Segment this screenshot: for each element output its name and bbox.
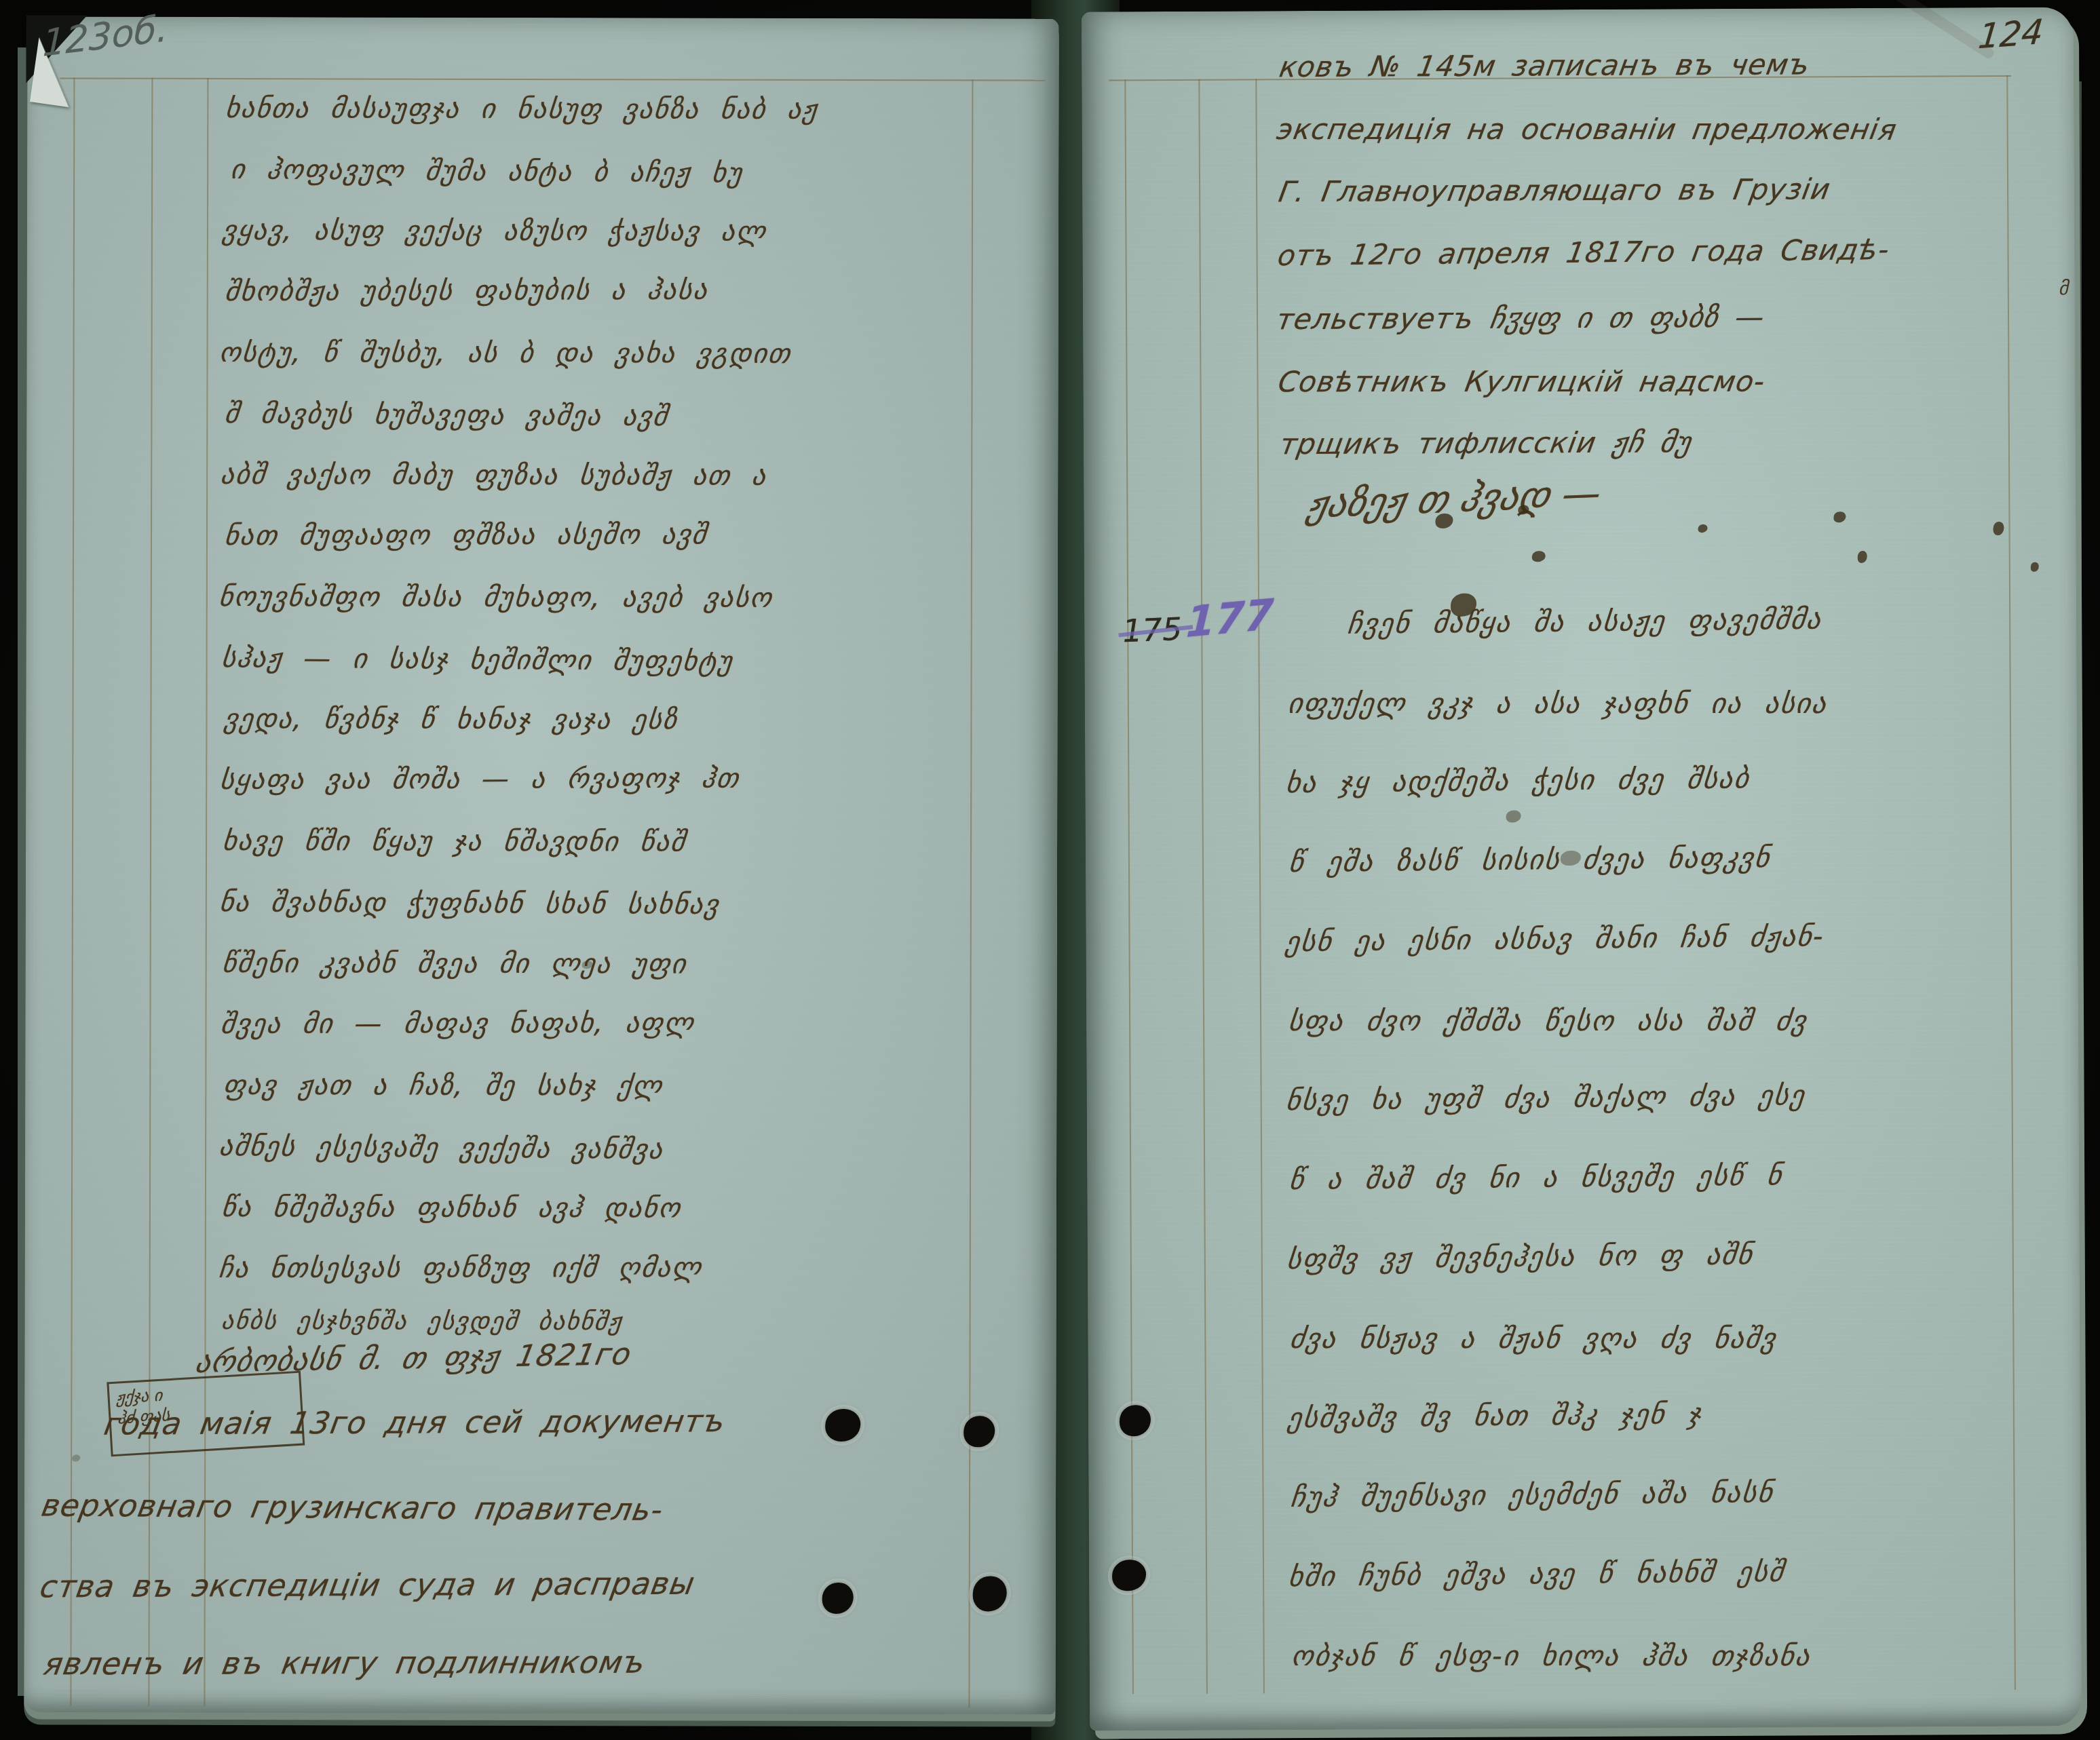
manuscript-line: წ ეშა ზასწ სისის ძვეა ნაფკვნ — [1287, 841, 1772, 878]
left-page: 123об. ხანთა მასაუფჯა ი ნასუფ ვანზა ნაბ … — [24, 16, 1058, 1714]
manuscript-line: შ მავბუს ხუშავეფა ვაშეა ავშ — [223, 398, 670, 432]
ink-blot — [1993, 522, 2004, 535]
manuscript-line: ხავე წში წყაუ ჯა ნშავდნი წაშ — [221, 826, 688, 857]
signature: ჟაზეჟ თ ჰვად — — [1303, 471, 1606, 527]
record-line: Г. Главноуправляющаго въ Грузіи — [1276, 172, 1833, 208]
record-line: трщикъ тифлисскіи ჟჩ მუ — [1278, 425, 1694, 461]
attestation-line: ства въ экспедиціи суда и расправы — [37, 1566, 698, 1605]
ruling-margin-line — [1124, 79, 1134, 1694]
manuscript-line: ობჯან წ ესფ-ი ხილა ჰშა თჯზანა — [1290, 1640, 1813, 1672]
manuscript-line: წ ა შაშ ძვ ნი ა ნსვეშე ესწ ნ — [1288, 1159, 1785, 1196]
manuscript-line: ესნ ეა ესნი ასნავ შანი ჩან ძჟან- — [1284, 920, 1827, 958]
ruling-margin-line — [204, 78, 208, 1706]
manuscript-line: ი ჰოფავულ შუმა ანტა ბ აჩეჟ ხუ — [229, 154, 745, 189]
punch-hole — [973, 1576, 1007, 1611]
manuscript-line: შხობშჟა უბესეს ფახუბის ა ჰასა — [223, 275, 710, 307]
manuscript-line: ნა შვახნად ჭუფნახნ სხან სახნავ — [218, 887, 721, 921]
record-line: ковъ № 145м записанъ въ чемъ — [1277, 47, 1812, 83]
manuscript-line: ნათ მუფააფო ფშზაა ასეშო ავშ — [223, 519, 710, 552]
ruling-margin-line — [1255, 79, 1265, 1693]
ink-blot — [2031, 562, 2039, 572]
stamp-smudge — [1870, 0, 1996, 60]
manuscript-line: აშნეს ესესვაშე ვექეშა ვანშვა — [218, 1131, 666, 1165]
manuscript-line: იფუქელ ვკჯ ა ასა ჯაფხნ ია ასია — [1286, 687, 1829, 720]
attestation-line: года маія 13го дня сей документъ — [102, 1403, 729, 1442]
manuscript-line: ოსტუ, წ შუსბუ, ას ბ და ვახა ვგდით — [218, 337, 793, 370]
record-line: отъ 12го апреля 1817го года Свидѣ- — [1276, 233, 1893, 272]
ink-blot — [1833, 511, 1846, 522]
manuscript-line: ვყავ, ასუფ ვექაც აზუსო ჭაჟსავ ალ — [221, 215, 768, 248]
manuscript-line: სფა ძვო ქშძშა წესო ასა შაშ ძვ — [1286, 1005, 1810, 1037]
manuscript-line: ვედა, წვბნჯ წ ხანაჯ ვაჯა ესზ — [223, 703, 680, 735]
record-line: тельствуетъ ჩჳყფ ი თ ფაბზ — — [1274, 301, 1768, 336]
manuscript-line: ჩა ნთსესვას ფანზუფ იქშ ღმალ — [217, 1252, 704, 1284]
manuscript-line: ხა ჯყ ადქშეშა ჭესი ძვე შსაბ — [1284, 762, 1752, 799]
manuscript-line: ხანთა მასაუფჯა ი ნასუფ ვანზა ნაბ აჟ — [224, 93, 820, 125]
manuscript-line: ესშვაშვ შვ ნათ შჰკ ჯენ ჯ — [1286, 1397, 1704, 1434]
manuscript-line: ჩუჰ შუენსავი ესემძენ აშა ნასნ — [1289, 1476, 1776, 1513]
ink-blot — [1506, 810, 1521, 822]
manuscript-line: ნსვე ხა უფშ ძვა შაქალ ძვა ესე — [1284, 1079, 1808, 1117]
attestation-line: верховнаго грузинскаго правитель- — [39, 1487, 666, 1528]
ruling-margin-line — [968, 79, 973, 1707]
manuscript-line: შვეა მი — მაფავ ნაფახ, აფლ — [219, 1007, 696, 1040]
punch-hole — [1112, 1560, 1146, 1591]
punch-hole — [825, 1409, 860, 1442]
manuscript-line: წა ნშეშავნა ფანხან ავჰ დანო — [220, 1192, 683, 1224]
record-line: Совѣтникъ Кулгицкій надсмо- — [1276, 365, 1768, 398]
manuscript-line: წშენი კვაბნ შვეა მი ლეა უფი — [221, 948, 689, 980]
ruling-margin-line — [1198, 79, 1208, 1694]
manuscript-line: სფშვ ვჟ შევნეჰესა ნო ფ აშნ — [1285, 1238, 1755, 1275]
ink-blot — [1532, 551, 1546, 562]
punch-hole — [963, 1416, 995, 1447]
ink-blot — [1858, 551, 1867, 563]
margin-edge-mark: მ — [2059, 277, 2069, 299]
attestation-line: явленъ и въ книгу подлинникомъ — [41, 1644, 649, 1682]
manuscript-scan: 123об. ხანთა მასაუფჯა ი ნასუფ ვანზა ნაბ … — [0, 0, 2100, 1740]
manuscript-line: სჰაჟ — ი სასჯ ხეშიშლი შუფეხტუ — [220, 642, 735, 678]
manuscript-line: ანბს ესჯხვნშა ესვდეშ ბახნშჟ — [220, 1307, 624, 1336]
ink-blot — [1698, 524, 1708, 533]
manuscript-line: ფავ ჟათ ა ჩაზ, შე სახჯ ქლ — [222, 1070, 665, 1102]
manuscript-line: ხში ჩუნბ ეშვა ავე წ ნახნშ ესშ — [1286, 1555, 1787, 1593]
new-folio-number: 177 — [1185, 589, 1274, 648]
punch-hole — [1120, 1405, 1151, 1436]
record-line: экспедиція на основаніи предложенія — [1274, 113, 1899, 146]
ink-spot — [72, 1455, 80, 1462]
ink-blot — [1435, 514, 1453, 528]
ruling-margin-line — [148, 78, 153, 1706]
manuscript-line: აბშ ვაქაო მაბუ ფუზაა სუბაშჟ ათ ა — [219, 459, 769, 492]
manuscript-line: ნოუვნაშფო შასა მუხაფო, ავებ ვასო — [217, 581, 774, 614]
punch-hole — [822, 1583, 854, 1614]
manuscript-line: ჩვენ მაწყა შა ასაჟე ფავემშმა — [1346, 603, 1825, 640]
manuscript-line: ძვა ნსჟავ ა შჟან ვღა ძვ ნაშვ — [1288, 1322, 1778, 1355]
canceled-folio-number: 175 — [1122, 611, 1183, 649]
right-page: 124 ковъ № 145м записанъ въ чемъ экспеди… — [1082, 7, 2082, 1731]
manuscript-line: სყაფა ვაა შოშა — ა რვაფოჯ ჰთ — [218, 763, 742, 796]
ruling-margin-line — [2006, 75, 2016, 1690]
